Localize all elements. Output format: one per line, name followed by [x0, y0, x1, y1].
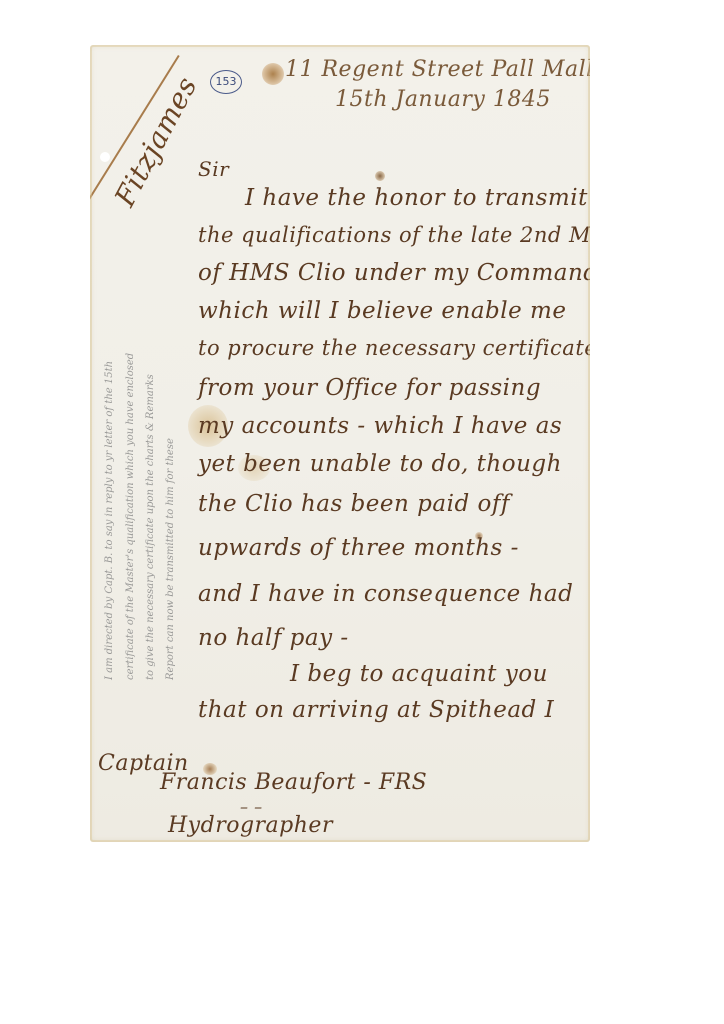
letter-date: 15th January 1845 [335, 87, 551, 112]
letter-page: 153 Fitzjames I am directed by Capt. B. … [90, 45, 590, 842]
body-line: the Clio has been paid off [198, 491, 510, 517]
margin-note-line: Report can now be transmitted to him for… [165, 438, 176, 680]
salutation: Sir [198, 157, 229, 181]
punch-hole [100, 152, 110, 162]
body-line: upwards of three months - [198, 535, 519, 561]
ink-spot [375, 171, 385, 181]
body-line: and I have in consequence had [198, 581, 573, 607]
margin-note-line: I am directed by Capt. B. to say in repl… [104, 361, 115, 680]
margin-note-line: certificate of the Master's qualificatio… [125, 353, 136, 680]
sender-address: 11 Regent Street Pall Mall [285, 57, 590, 82]
ink-stain [262, 63, 284, 85]
body-line: from your Office for passing [198, 375, 541, 401]
body-line: the qualifications of the late 2nd Maste… [198, 223, 590, 247]
body-line: I have the honor to transmit [245, 185, 588, 211]
body-line: my accounts - which I have as [198, 413, 562, 439]
body-line: to procure the necessary certificate [198, 336, 590, 360]
archive-number-stamp: 153 [210, 70, 242, 94]
body-line: no half pay - [198, 625, 349, 651]
body-line: that on arriving at Spithead I [198, 697, 554, 723]
body-line: I beg to acquaint you [290, 661, 548, 687]
addressee-name: Francis Beaufort - FRS [160, 770, 427, 795]
body-line: which will I believe enable me [198, 298, 566, 324]
body-line: yet been unable to do, though [198, 451, 562, 477]
margin-note-line: to give the necessary certificate upon t… [145, 374, 156, 680]
body-line: of HMS Clio under my Command [198, 260, 590, 286]
addressee-role: Hydrographer [168, 813, 333, 838]
